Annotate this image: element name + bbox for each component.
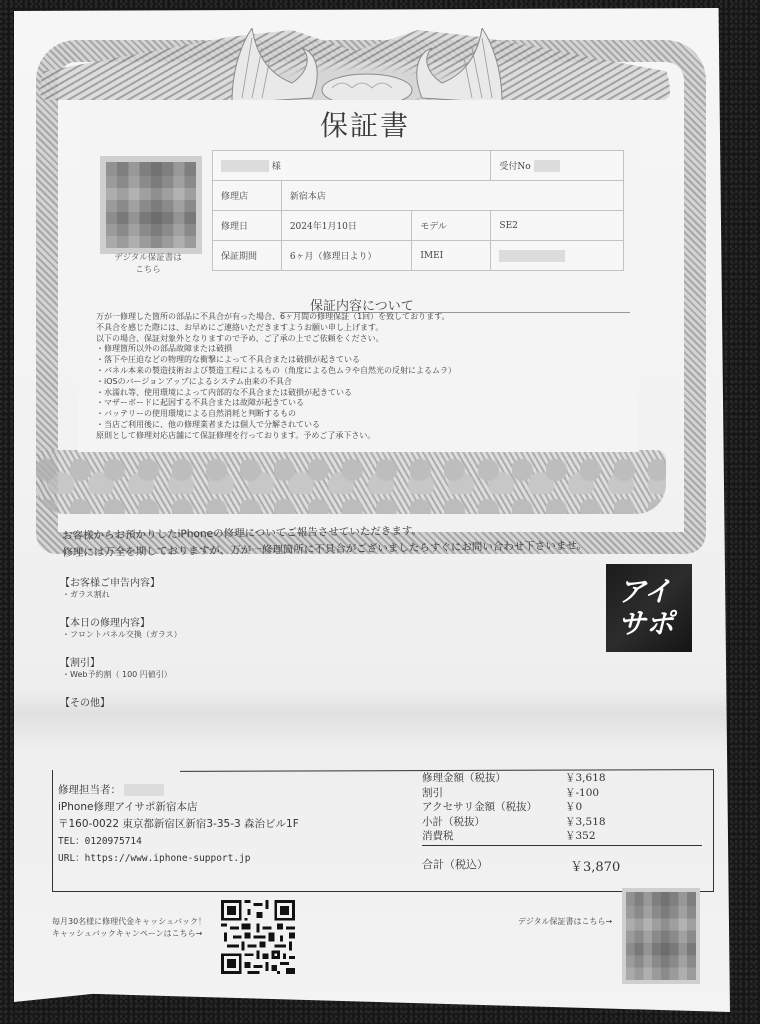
section-heading-other: 【その他】 (60, 694, 360, 709)
redacted-staff-name (124, 784, 164, 796)
exclusion-item: ・パネル本来の製造技術および製造工程によるもの（角度による色ムラや自然光の反射に… (96, 366, 636, 377)
shop-value: 新宿本店 (281, 181, 623, 211)
frame-bottom-ornament (36, 450, 666, 514)
cost-label: 修理金額（税抜） (422, 771, 565, 786)
document-title: 保証書 (0, 104, 730, 144)
warranty-intro-line: 不具合を感じた際には、お早めにご連絡いただきますようお願い申し上げます。 (96, 323, 636, 334)
section-item: ・フロントパネル交換（ガラス） (62, 629, 360, 640)
cost-divider (422, 845, 702, 846)
table-row: 修理店 新宿本店 (213, 181, 624, 211)
exclusion-item: ・当店ご利用後に、他の修理業者または個人で分解されている (96, 420, 636, 431)
receipt-no-label: 受付No (499, 162, 530, 172)
repair-sections: 【お客様ご申告内容】 ・ガラス割れ 【本日の修理内容】 ・フロントパネル交換（ガ… (60, 574, 360, 709)
model-label: モデル (412, 211, 491, 241)
table-row: 修理日 2024年1月10日 モデル SE2 (213, 211, 624, 241)
cost-value: ￥-100 (565, 786, 599, 801)
section-heading-discount: 【割引】 (60, 654, 360, 669)
redacted-imei (499, 250, 565, 262)
cost-row: アクセサリ金額（税抜）￥0 (422, 800, 712, 815)
digital-warranty-qr-top[interactable] (100, 156, 202, 254)
cost-value: ￥3,618 (565, 771, 606, 786)
cashback-promo: 毎月30名様に修理代金キャッシュバック！ キャッシュバックキャンペーンはこちら→ (52, 916, 206, 940)
exclusion-item: ・修理箇所以外の部品故障または破損 (96, 344, 636, 355)
customer-suffix: 様 (272, 162, 281, 172)
cost-label: アクセサリ金額（税抜） (422, 800, 565, 815)
total-row: 合計（税込） ￥3,870 (422, 856, 712, 875)
digital-warranty-qr-bottom[interactable] (622, 888, 700, 984)
repair-date-value: 2024年1月10日 (281, 211, 411, 241)
cost-label: 割引 (422, 786, 565, 801)
cost-breakdown: 修理金額（税抜）￥3,618 割引￥-100 アクセサリ金額（税抜）￥0 小計（… (422, 771, 712, 875)
warranty-closing: 原則として修理対応店舗にて保証修理を行っております。予めご了承下さい。 (96, 431, 636, 442)
shop-name: iPhone修理アイサポ新宿本店 (58, 799, 299, 816)
warranty-info-table: 様 受付No 修理店 新宿本店 修理日 2024年1月10日 モデル SE2 保… (212, 150, 624, 271)
cost-value: ￥3,518 (565, 815, 606, 830)
digital-warranty-link-caption: デジタル保証書はこちら→ (518, 916, 612, 927)
exclusion-item: ・バッテリーの使用環境による自然消耗と判断するもの (96, 409, 636, 420)
aisapo-logo: アイ サポ (606, 564, 692, 652)
promo-line: 毎月30名様に修理代金キャッシュバック！ (52, 916, 206, 928)
section-item: ・ガラス割れ (62, 589, 360, 600)
warranty-intro-line: 万が一修理した箇所の部品に不具合が有った場合、6ヶ月間の修理保証（1回）を致して… (96, 312, 636, 323)
digital-warranty-caption: デジタル保証書は こちら (96, 252, 200, 276)
exclusion-item: ・落下や圧迫などの物理的な衝撃によって不具合または破損が起きている (96, 355, 636, 366)
model-value: SE2 (491, 211, 624, 241)
imei-label: IMEI (412, 241, 491, 271)
receipt-no-cell: 受付No (491, 151, 624, 181)
shop-url[interactable]: URL：https://www.iphone-support.jp (58, 850, 299, 867)
warranty-terms: 万が一修理した箇所の部品に不具合が有った場合、6ヶ月間の修理保証（1回）を致して… (96, 312, 636, 442)
staff-label: 修理担当者： (58, 784, 121, 796)
staff-line: 修理担当者： (58, 782, 299, 799)
warranty-intro-line: 以下の場合、保証対象外となりますので予め、ご了承の上でご依頼をください。 (96, 334, 636, 345)
repair-date-label: 修理日 (213, 211, 282, 241)
total-label: 合計（税込） (422, 856, 570, 875)
cost-row: 修理金額（税抜）￥3,618 (422, 771, 712, 786)
imei-value (491, 241, 624, 271)
phoenix-ornament-icon (222, 28, 512, 108)
cost-row: 消費税￥352 (422, 829, 712, 844)
total-value: ￥3,870 (570, 856, 620, 875)
warranty-period-value: 6ヶ月（修理日より） (281, 241, 411, 271)
customer-row: 様 受付No (213, 151, 624, 181)
exclusion-item: ・マザーボードに起因する不具合または故障が起きている (96, 398, 636, 409)
logo-line: サポ (618, 608, 692, 640)
section-item: ・Web予約割（ 100 円値引） (62, 669, 360, 680)
cost-row: 割引￥-100 (422, 786, 712, 801)
section-heading-customer-report: 【お客様ご申告内容】 (60, 574, 360, 589)
cost-row: 小計（税抜）￥3,518 (422, 815, 712, 830)
section-heading-repair-content: 【本日の修理内容】 (60, 614, 360, 629)
customer-name-cell: 様 (213, 151, 491, 181)
redacted-receipt-no (534, 160, 560, 172)
shop-address: 〒160-0022 東京都新宿区新宿3-35-3 森治ビル1F (58, 816, 299, 833)
cost-label: 小計（税抜） (422, 815, 565, 830)
shop-info: 修理担当者： iPhone修理アイサポ新宿本店 〒160-0022 東京都新宿区… (58, 782, 299, 867)
promo-line: キャッシュバックキャンペーンはこちら→ (52, 928, 206, 940)
shop-tel: TEL：0120975714 (58, 833, 299, 850)
exclusion-item: ・iOSのバージョンアップによるシステム由来の不具合 (96, 377, 636, 388)
cost-value: ￥352 (565, 829, 596, 844)
shop-label: 修理店 (213, 181, 282, 211)
exclusion-item: ・水濡れ等、使用環境によって内部的な不具合または破損が起きている (96, 388, 636, 399)
cost-value: ￥0 (565, 800, 582, 815)
cost-label: 消費税 (422, 829, 565, 844)
redacted-customer-name (221, 160, 269, 172)
warranty-period-label: 保証期間 (213, 241, 282, 271)
table-row: 保証期間 6ヶ月（修理日より） IMEI (213, 241, 624, 271)
cashback-qr-code[interactable] (221, 900, 295, 974)
logo-line: アイ (618, 576, 692, 608)
